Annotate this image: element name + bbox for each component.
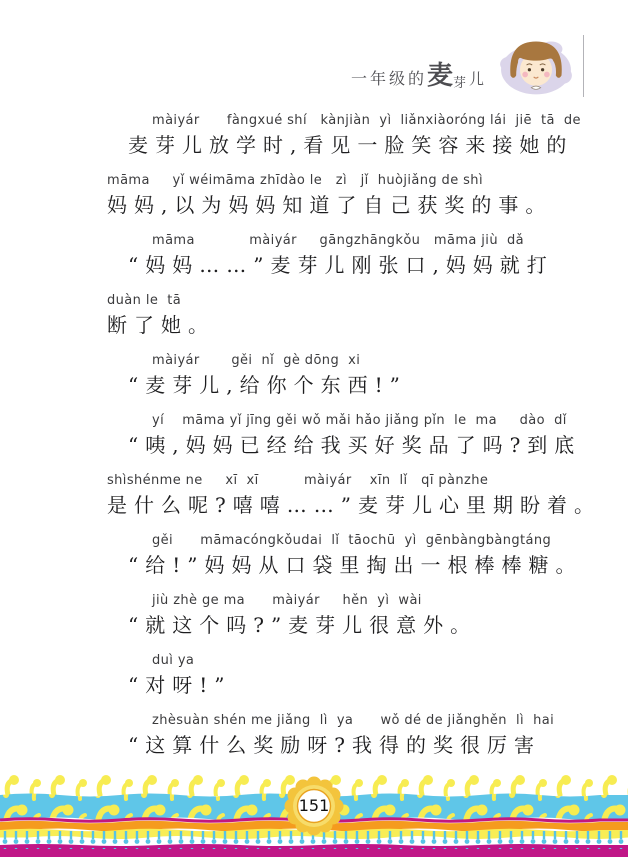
book-title: 一年级的麦芽儿 [351,55,487,92]
hanzi-line: “对呀!” [107,670,593,700]
book-page: 一年级的麦芽儿 [0,0,628,857]
story-text: màiyár fàngxué shí kànjiàn yì liǎnxiàoró… [107,112,593,772]
text-line: duì ya “对呀!” [107,652,593,712]
pinyin-line: jiù zhè ge ma màiyár hěn yì wài [107,592,593,610]
header-vertical-rule [583,35,584,97]
hanzi-line: 是什么呢?嘻嘻……”麦芽儿心里期盼着。 [107,490,593,520]
pinyin-line: màiyár fàngxué shí kànjiàn yì liǎnxiàoró… [107,112,593,130]
pinyin-line: gěi māmacóngkǒudai lǐ tāochū yì gēnbàngb… [107,532,593,550]
hanzi-line: “就这个吗?”麦芽儿很意外。 [107,610,593,640]
book-title-big-char: 麦 [427,55,453,92]
page-header: 一年级的麦芽儿 [351,33,584,99]
pinyin-line: duì ya [107,652,593,670]
girl-avatar-icon [497,32,575,100]
text-line: jiù zhè ge ma màiyár hěn yì wài “就这个吗?”麦… [107,592,593,652]
pinyin-line: yí māma yǐ jīng gěi wǒ mǎi hǎo jiǎng pǐn… [107,412,593,430]
page-footer: 151 [0,775,628,857]
text-line: māma màiyár gāngzhāngkǒu māma jiù dǎ “妈妈… [107,232,593,292]
hanzi-line: 麦芽儿放学时,看见一脸笑容来接她的 [107,130,593,160]
pinyin-line: zhèsuàn shén me jiǎng lì ya wǒ dé de jiǎ… [107,712,593,730]
pinyin-line: màiyár gěi nǐ gè dōng xi [107,352,593,370]
hanzi-line: “咦,妈妈已经给我买好奖品了吗?到底 [107,430,593,460]
book-title-sub-char: 芽 [453,72,469,91]
hanzi-line: 断了她。 [107,310,593,340]
footer-border-decoration [0,775,628,857]
hanzi-line: “给!”妈妈从口袋里掏出一根棒棒糖。 [107,550,593,580]
hanzi-line: “麦芽儿,给你个东西!” [107,370,593,400]
pinyin-line: shìshénme ne xī xī màiyár xīn lǐ qī pànz… [107,472,593,490]
text-line: duàn le tā 断了她。 [107,292,593,352]
text-line: shìshénme ne xī xī màiyár xīn lǐ qī pànz… [107,472,593,532]
pinyin-line: duàn le tā [107,292,593,310]
text-line: gěi māmacóngkǒudai lǐ tāochū yì gēnbàngb… [107,532,593,592]
book-title-prefix: 一年级的 [351,66,427,89]
text-line: māma yǐ wéimāma zhīdào le zì jǐ huòjiǎng… [107,172,593,232]
text-line: màiyár gěi nǐ gè dōng xi “麦芽儿,给你个东西!” [107,352,593,412]
text-line: zhèsuàn shén me jiǎng lì ya wǒ dé de jiǎ… [107,712,593,772]
book-title-tail-char: 儿 [469,68,487,89]
hanzi-line: 妈妈,以为妈妈知道了自己获奖的事。 [107,190,593,220]
text-line: màiyár fàngxué shí kànjiàn yì liǎnxiàoró… [107,112,593,172]
hanzi-line: “妈妈……”麦芽儿刚张口,妈妈就打 [107,250,593,280]
hanzi-line: “这算什么奖励呀?我得的奖很厉害 [107,730,593,760]
page-number: 151 [0,797,628,815]
pinyin-line: māma yǐ wéimāma zhīdào le zì jǐ huòjiǎng… [107,172,593,190]
text-line: yí māma yǐ jīng gěi wǒ mǎi hǎo jiǎng pǐn… [107,412,593,472]
pinyin-line: māma màiyár gāngzhāngkǒu māma jiù dǎ [107,232,593,250]
